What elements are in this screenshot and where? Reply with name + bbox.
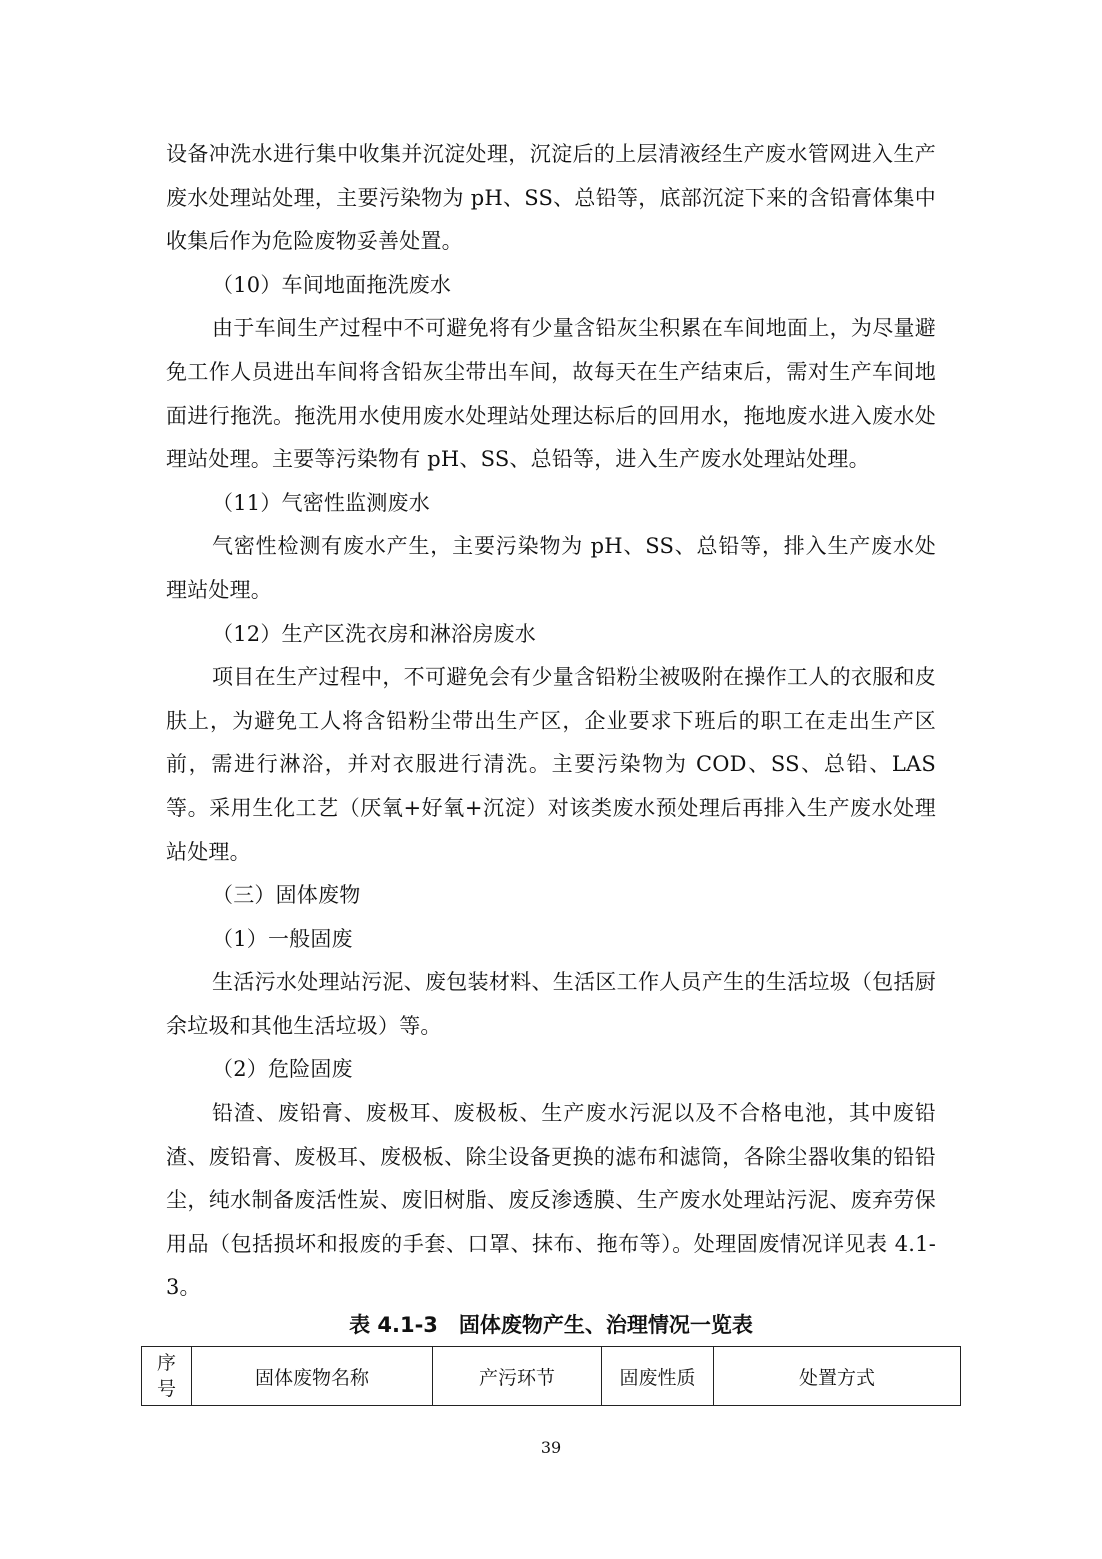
heading-hazardous-solid-waste: （2）危险固废 <box>166 1048 936 1092</box>
solid-waste-table: 序 号 固体废物名称 产污环节 固废性质 处置方式 <box>141 1346 961 1406</box>
header-seq-line1: 序 <box>157 1352 176 1374</box>
header-disposal: 处置方式 <box>714 1347 961 1406</box>
heading-solid-waste: （三）固体废物 <box>166 874 936 918</box>
header-nature: 固废性质 <box>602 1347 714 1406</box>
heading-floor-wash-wastewater: （10）车间地面拖洗废水 <box>166 264 936 308</box>
paragraph-airtightness: 气密性检测有废水产生，主要污染物为 pH、SS、总铅等，排入生产废水处理站处理。 <box>166 525 936 612</box>
header-waste-name: 固体废物名称 <box>192 1347 433 1406</box>
paragraph-general-solid-waste: 生活污水处理站污泥、废包装材料、生活区工作人员产生的生活垃圾（包括厨余垃圾和其他… <box>166 961 936 1048</box>
header-seq: 序 号 <box>142 1347 192 1406</box>
header-seq-line2: 号 <box>157 1378 176 1400</box>
document-page: 设备冲洗水进行集中收集并沉淀处理，沉淀后的上层清液经生产废水管网进入生产废水处理… <box>0 0 1102 1559</box>
body-text: 设备冲洗水进行集中收集并沉淀处理，沉淀后的上层清液经生产废水管网进入生产废水处理… <box>166 133 936 1310</box>
page-number: 39 <box>0 1438 1102 1457</box>
paragraph-hazardous-solid-waste: 铅渣、废铅膏、废极耳、废极板、生产废水污泥以及不合格电池，其中废铅渣、废铅膏、废… <box>166 1092 936 1310</box>
heading-laundry-shower-wastewater: （12）生产区洗衣房和淋浴房废水 <box>166 613 936 657</box>
table-caption: 表 4.1-3 固体废物产生、治理情况一览表 <box>0 1309 1102 1339</box>
header-source: 产污环节 <box>433 1347 602 1406</box>
heading-general-solid-waste: （1）一般固废 <box>166 918 936 962</box>
paragraph-floor-wash: 由于车间生产过程中不可避免将有少量含铅灰尘积累在车间地面上，为尽量避免工作人员进… <box>166 307 936 481</box>
table-header-row: 序 号 固体废物名称 产污环节 固废性质 处置方式 <box>142 1347 961 1406</box>
paragraph-laundry-shower: 项目在生产过程中，不可避免会有少量含铅粉尘被吸附在操作工人的衣服和皮肤上，为避免… <box>166 656 936 874</box>
heading-airtightness-wastewater: （11）气密性监测废水 <box>166 482 936 526</box>
paragraph-continuation: 设备冲洗水进行集中收集并沉淀处理，沉淀后的上层清液经生产废水管网进入生产废水处理… <box>166 133 936 264</box>
